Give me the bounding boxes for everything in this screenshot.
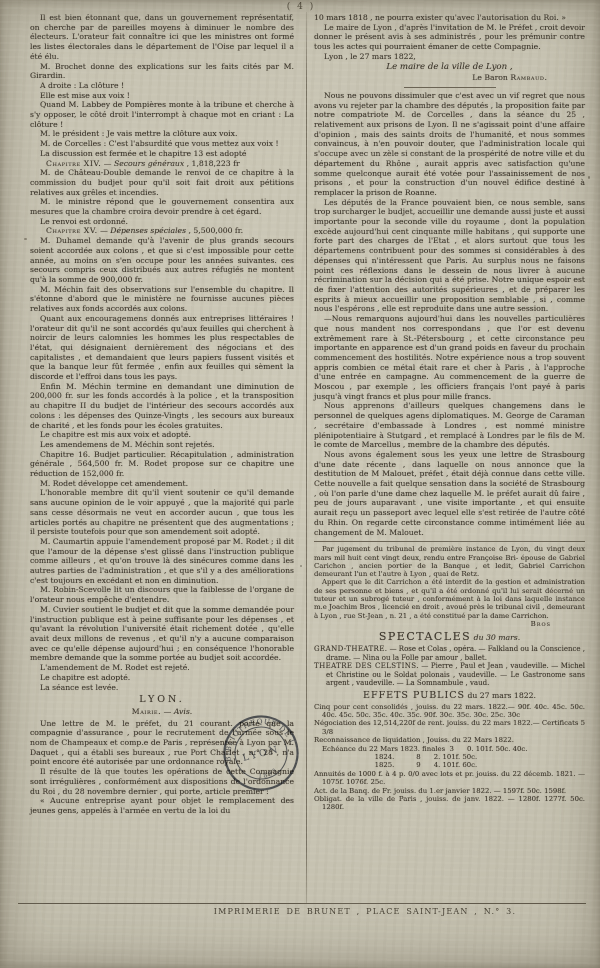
paragraph: M. le président : Je vais mettre la clôt…: [30, 129, 294, 139]
paragraph: Obligat. de la ville de Paris , jouiss. …: [314, 795, 585, 812]
paragraph: Quant aux encouragemens donnés aux entre…: [30, 314, 294, 382]
text-segment: THEATRE DES CELSTINS.: [314, 662, 419, 670]
paragraph: Chapitre 16. Budjet particulier. Récapit…: [30, 450, 294, 479]
stamp-year-text: 1893: [256, 765, 281, 782]
text-segment: du 30 mars.: [471, 633, 520, 642]
right-column: 10 mars 1818 , ne pourra exister qu'avec…: [314, 13, 585, 812]
paragraph: M. Cuvier soutient le budjet et dit que …: [30, 605, 294, 663]
text-segment: Mairie.: [132, 707, 162, 716]
paragraph: —Nous remarquons aujourd'hui dans les no…: [314, 314, 585, 401]
paragraph: Appert que le dit Carrichon a été interd…: [314, 578, 585, 619]
paragraph: Négociation des 12,514,220f de rent. jou…: [314, 719, 585, 736]
paragraph: La discussion est fermée et le chapitre …: [30, 149, 294, 159]
paragraph: Le renvoi est ordonné.: [30, 217, 294, 227]
stamp-center-text: LYON: [241, 744, 281, 764]
paragraph: Chapitre XIV. — Secours généraux , 1,818…: [30, 159, 294, 169]
paragraph: Lyon , le 27 mars 1822,: [314, 52, 585, 62]
paragraph: Le chapitre est mis aux voix et adopté.: [30, 430, 294, 440]
paragraph: Echéance du 22 Mars 1823. finales 3 0. 1…: [314, 745, 585, 753]
text-segment: .: [545, 73, 547, 82]
text-segment: , 1,818,223 fr: [184, 159, 239, 168]
text-segment: Secours généraux: [114, 159, 184, 168]
paragraph: Nous ne pouvons dissimuler que c'est ave…: [314, 91, 585, 198]
paragraph: M. Robin-Scevolle lit un discours que la…: [30, 585, 294, 604]
paragraph: Elle est mise aux voix !: [30, 91, 294, 101]
paragraph: Les députés de la France pouvaient bien,…: [314, 198, 585, 314]
paragraph: Il est bien étonnant que, dans un gouver…: [30, 13, 294, 62]
text-segment: GRAND-THEATRE.: [314, 645, 387, 653]
paragraph: Bros: [314, 620, 585, 628]
paragraph: M. de Château-Double demande le renvoi d…: [30, 168, 294, 197]
paragraph: 10 mars 1818 , ne pourra exister qu'avec…: [314, 13, 585, 23]
paragraph: L'honorable membre dit qu'il vient soute…: [30, 488, 294, 537]
heading: LYON.: [30, 695, 294, 705]
text-segment: Chapitre XIV.: [46, 159, 101, 168]
paragraph: Enfin M. Méchin termine en demandant une…: [30, 382, 294, 431]
ink-speck: [24, 238, 27, 240]
paragraph: Par jugement du tribunal de première ins…: [314, 545, 585, 578]
text-segment: EFFETS PUBLICS: [363, 690, 465, 701]
paragraph: M. Duhamel demande qu'à l'avenir de plus…: [30, 236, 294, 285]
text-segment: —: [101, 159, 114, 168]
text-segment: Avis.: [174, 707, 192, 716]
paragraph: M. le ministre répond que le gouvernemen…: [30, 197, 294, 216]
paragraph: GRAND-THEATRE. — Rose et Colas , opéra. …: [314, 645, 585, 662]
paragraph: Le maire de la ville de Lyon ,: [314, 63, 585, 73]
paragraph: 1825. 9 4. 101f. 60c.: [314, 761, 585, 769]
paragraph: Le chapitre est adopté.: [30, 673, 294, 683]
paragraph: Les amendemens de M. Méchin sont rejetés…: [30, 440, 294, 450]
paragraph: Nous apprenons d'ailleurs quelques chang…: [314, 401, 585, 450]
paragraph: L'amendement de M. Rodet est rejeté.: [30, 663, 294, 673]
text-segment: Le Baron: [472, 73, 510, 82]
paragraph: THEATRE DES CELSTINS. — Pierre , Paul et…: [314, 662, 585, 688]
paragraph: M. Rodet développe cet amendement.: [30, 479, 294, 489]
ink-speck: [300, 565, 302, 567]
left-column: Il est bien étonnant que, dans un gouver…: [30, 13, 294, 816]
paragraph: M. Caumartin appuie l'amendement proposé…: [30, 537, 294, 586]
paragraph: M. Méchin fait des observations sur l'en…: [30, 285, 294, 314]
text-segment: Chapitre XV.: [46, 226, 98, 235]
imprint-line: IMPRIMERIE DE BRUNET , PLACE SAINT-JEAN …: [200, 907, 530, 916]
heading: EFFETS PUBLICS du 27 mars 1822.: [314, 691, 585, 701]
text-segment: —: [161, 707, 174, 716]
paragraph: Nous avons également sous les yeux une l…: [314, 450, 585, 537]
paragraph: Le maire de Lyon , d'après l'invitation …: [314, 23, 585, 52]
ink-speck: [588, 176, 590, 179]
paragraph: Reconnaissance de liquidation , Jouiss. …: [314, 736, 585, 744]
page-number: ( 4 ): [268, 2, 334, 12]
paragraph: Le Baron Rambaud.: [314, 73, 585, 83]
paragraph: Chapitre XV. — Dépenses spéciales , 5,50…: [30, 226, 294, 236]
paragraph: Act. de la Banq. de Fr. jouiss. du 1.er …: [314, 787, 585, 795]
text-segment: Dépenses spéciales: [110, 226, 186, 235]
paragraph: « Aucune entreprise ayant pour objet le …: [30, 796, 294, 815]
separator-rule: [404, 87, 496, 88]
footer-rule: [18, 903, 586, 904]
heading: SPECTACLES du 30 mars.: [314, 632, 585, 643]
separator-rule: [314, 541, 585, 542]
text-segment: Rambaud: [510, 73, 544, 82]
text-segment: , 5,500,000 fr.: [186, 226, 243, 235]
paragraph: Cinq pour cent consolidés , jouiss. du 2…: [314, 703, 585, 720]
paragraph: Quand M. Labbey de Pompières monte à la …: [30, 100, 294, 129]
paragraph: La séance est levée.: [30, 683, 294, 693]
paragraph: M. de Corcelles : C'est l'absurdité que …: [30, 139, 294, 149]
text-segment: du 27 mars 1822.: [465, 691, 536, 700]
paragraph: Annuités de 1000 f. à 4 p. 0/0 avec lots…: [314, 770, 585, 787]
text-segment: SPECTACLES: [379, 630, 471, 643]
paragraph: M. Brochet donne des explications sur le…: [30, 62, 294, 81]
text-segment: —: [98, 226, 111, 235]
newspaper-page: ( 4 ) Il est bien étonnant que, dans un …: [0, 0, 600, 968]
paragraph: A droite : La clôture !: [30, 81, 294, 91]
